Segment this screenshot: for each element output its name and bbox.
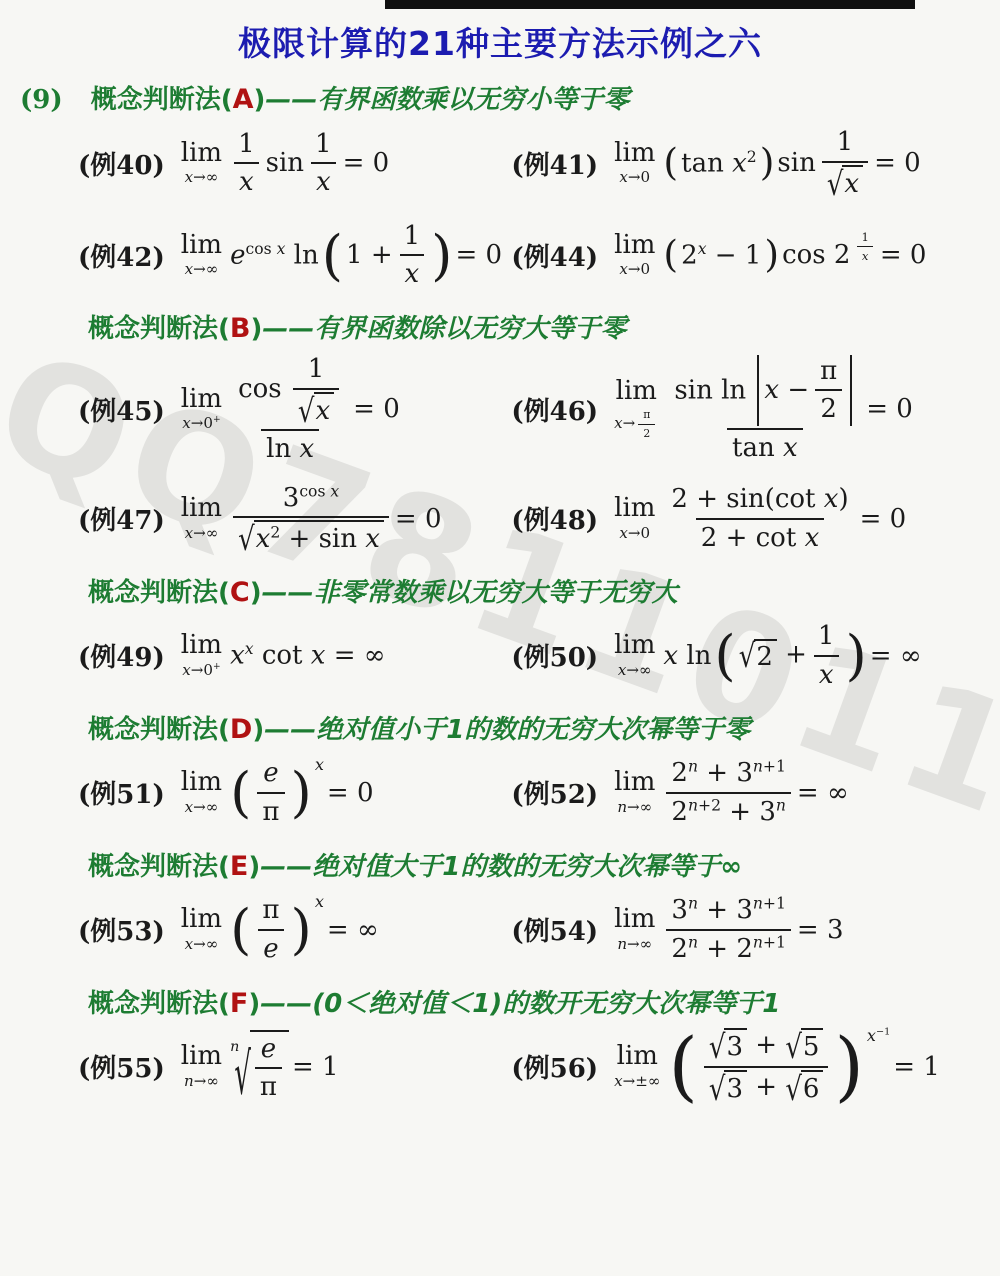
paren-close: ) [250,578,262,608]
example-56: (例56) limx→±∞(√3 + √5√3 + √6)x−1= 1 [511,1028,1000,1106]
examples-row: (例45) limx→0+cos 1√xln x= 0 (例46) limx→π… [78,353,1000,466]
paren-open: ( [218,578,230,608]
example-label: (例52) [511,774,598,811]
example-51: (例51) limx→∞(eπ)x= 0 [78,754,511,832]
section-header-b: 概念判断法(B)——有界函数除以无穷大等于零 [88,308,1000,345]
example-label: (例50) [511,637,598,674]
example-formula: limn→∞n√eπ= 1 [181,1030,339,1104]
paren-close: ) [252,715,264,745]
section-desc: ——(0＜绝对值＜1)的数开无穷大次幂等于1 [260,989,780,1019]
section-header-d: 概念判断法(D)——绝对值小于1的数的无穷大次幂等于零 [88,709,1000,746]
example-label: (例46) [511,391,598,428]
example-40: (例40) limx→∞1xsin1x= 0 [78,124,511,202]
example-42: (例42) limx→∞ecos x ln(1 +1x)= 0 [78,216,511,294]
section-desc: ——非零常数乘以无穷大等于无穷大 [262,578,678,608]
example-label: (例40) [78,145,165,182]
example-formula: limx→∞(πe)x= ∞ [181,894,379,965]
section-name: 概念判断法 [91,85,221,115]
example-formula: limx→0(2x − 1)cos 21x= 0 [614,232,926,278]
document: 极限计算的21种主要方法示例之六 (9)概念判断法(A)——有界函数乘以无穷小等… [0,0,1000,1106]
section-letter: D [230,714,252,745]
example-55: (例55) limn→∞n√eπ= 1 [78,1028,511,1106]
example-label: (例48) [511,500,598,537]
examples-row: (例49) limx→0+xx cot x = ∞ (例50) limx→∞x … [78,617,1000,695]
section-letter: A [233,84,254,115]
example-label: (例42) [78,237,165,274]
example-44: (例44) limx→0(2x − 1)cos 21x= 0 [511,216,1000,294]
examples-row: (例53) limx→∞(πe)x= ∞ (例54) limn→∞3n + 3n… [78,891,1000,969]
paren-open: ( [218,989,230,1019]
example-formula: limx→∞x ln(√2 +1x)= ∞ [614,620,921,691]
example-label: (例51) [78,774,165,811]
example-label: (例53) [78,911,165,948]
section-header-a: (9)概念判断法(A)——有界函数乘以无穷小等于零 [88,79,1000,116]
section-desc: ——绝对值小于1的数的无穷大次幂等于零 [264,715,750,745]
example-label: (例45) [78,391,165,428]
example-formula: limx→∞1xsin1x= 0 [181,128,389,199]
section-name: 概念判断法 [88,989,218,1019]
section-header-e: 概念判断法(E)——绝对值大于1的数的无穷大次幂等于∞ [88,846,1000,883]
example-formula: limx→02 + sin(cot x)2 + cot x= 0 [614,483,906,554]
page-title: 极限计算的21种主要方法示例之六 [0,18,1000,65]
section-name: 概念判断法 [88,715,218,745]
example-label: (例49) [78,637,165,674]
example-label: (例56) [511,1048,598,1085]
section-desc: ——有界函数乘以无穷小等于零 [265,85,629,115]
example-49: (例49) limx→0+xx cot x = ∞ [78,617,511,695]
example-label: (例44) [511,237,598,274]
example-formula: limx→∞ecos x ln(1 +1x)= 0 [181,220,502,291]
section-letter: F [230,988,248,1019]
example-47: (例47) limx→∞3cos x√x2 + sin x= 0 [78,480,511,558]
section-name: 概念判断法 [88,852,218,882]
examples-row: (例47) limx→∞3cos x√x2 + sin x= 0 (例48) l… [78,480,1000,558]
examples-row: (例42) limx→∞ecos x ln(1 +1x)= 0 (例44) li… [78,216,1000,294]
section-desc: ——绝对值大于1的数的无穷大次幂等于∞ [260,852,742,882]
example-formula: limx→π2sin ln x −π2tan x= 0 [614,355,913,465]
example-label: (例47) [78,500,165,537]
example-formula: limx→0+cos 1√xln x= 0 [181,353,400,466]
section-header-c: 概念判断法(C)——非零常数乘以无穷大等于无穷大 [88,572,1000,609]
paren-open: ( [218,715,230,745]
paren-open: ( [218,852,230,882]
paren-open: ( [221,85,233,115]
example-formula: limn→∞2n + 3n+12n+2 + 3n= ∞ [614,757,849,828]
example-41: (例41) limx→0(tan x2)sin1√x= 0 [511,124,1000,202]
example-formula: limx→∞3cos x√x2 + sin x= 0 [181,482,442,556]
paren-open: ( [218,314,230,344]
paren-close: ) [248,989,260,1019]
example-formula: limx→0+xx cot x = ∞ [181,632,386,678]
example-formula: limx→±∞(√3 + √5√3 + √6)x−1= 1 [614,1028,940,1105]
paren-close: ) [254,85,266,115]
section-header-f: 概念判断法(F)——(0＜绝对值＜1)的数开无穷大次幂等于1 [88,983,1000,1020]
section-desc: ——有界函数除以无穷大等于零 [262,314,626,344]
example-54: (例54) limn→∞3n + 3n+12n + 2n+1= 3 [511,891,1000,969]
section-name: 概念判断法 [88,578,218,608]
examples-row: (例40) limx→∞1xsin1x= 0 (例41) limx→0(tan … [78,124,1000,202]
paren-close: ) [248,852,260,882]
section-letter: E [230,851,248,882]
example-label: (例54) [511,911,598,948]
section-letter: B [230,313,251,344]
example-52: (例52) limn→∞2n + 3n+12n+2 + 3n= ∞ [511,754,1000,832]
examples-row: (例55) limn→∞n√eπ= 1 (例56) limx→±∞(√3 + √… [78,1028,1000,1106]
section-name: 概念判断法 [88,314,218,344]
example-45: (例45) limx→0+cos 1√xln x= 0 [78,353,511,466]
example-formula: limx→∞(eπ)x= 0 [181,757,374,828]
examples-row: (例51) limx→∞(eπ)x= 0 (例52) limn→∞2n + 3n… [78,754,1000,832]
paren-close: ) [251,314,263,344]
example-formula: limx→0(tan x2)sin1√x= 0 [614,126,921,200]
example-formula: limn→∞3n + 3n+12n + 2n+1= 3 [614,894,843,965]
example-46: (例46) limx→π2sin ln x −π2tan x= 0 [511,355,1000,465]
section-letter: C [230,577,250,608]
example-50: (例50) limx→∞x ln(√2 +1x)= ∞ [511,617,1000,695]
example-label: (例55) [78,1048,165,1085]
example-53: (例53) limx→∞(πe)x= ∞ [78,891,511,969]
example-label: (例41) [511,145,598,182]
example-48: (例48) limx→02 + sin(cot x)2 + cot x= 0 [511,480,1000,558]
section-index: (9) [20,85,63,115]
